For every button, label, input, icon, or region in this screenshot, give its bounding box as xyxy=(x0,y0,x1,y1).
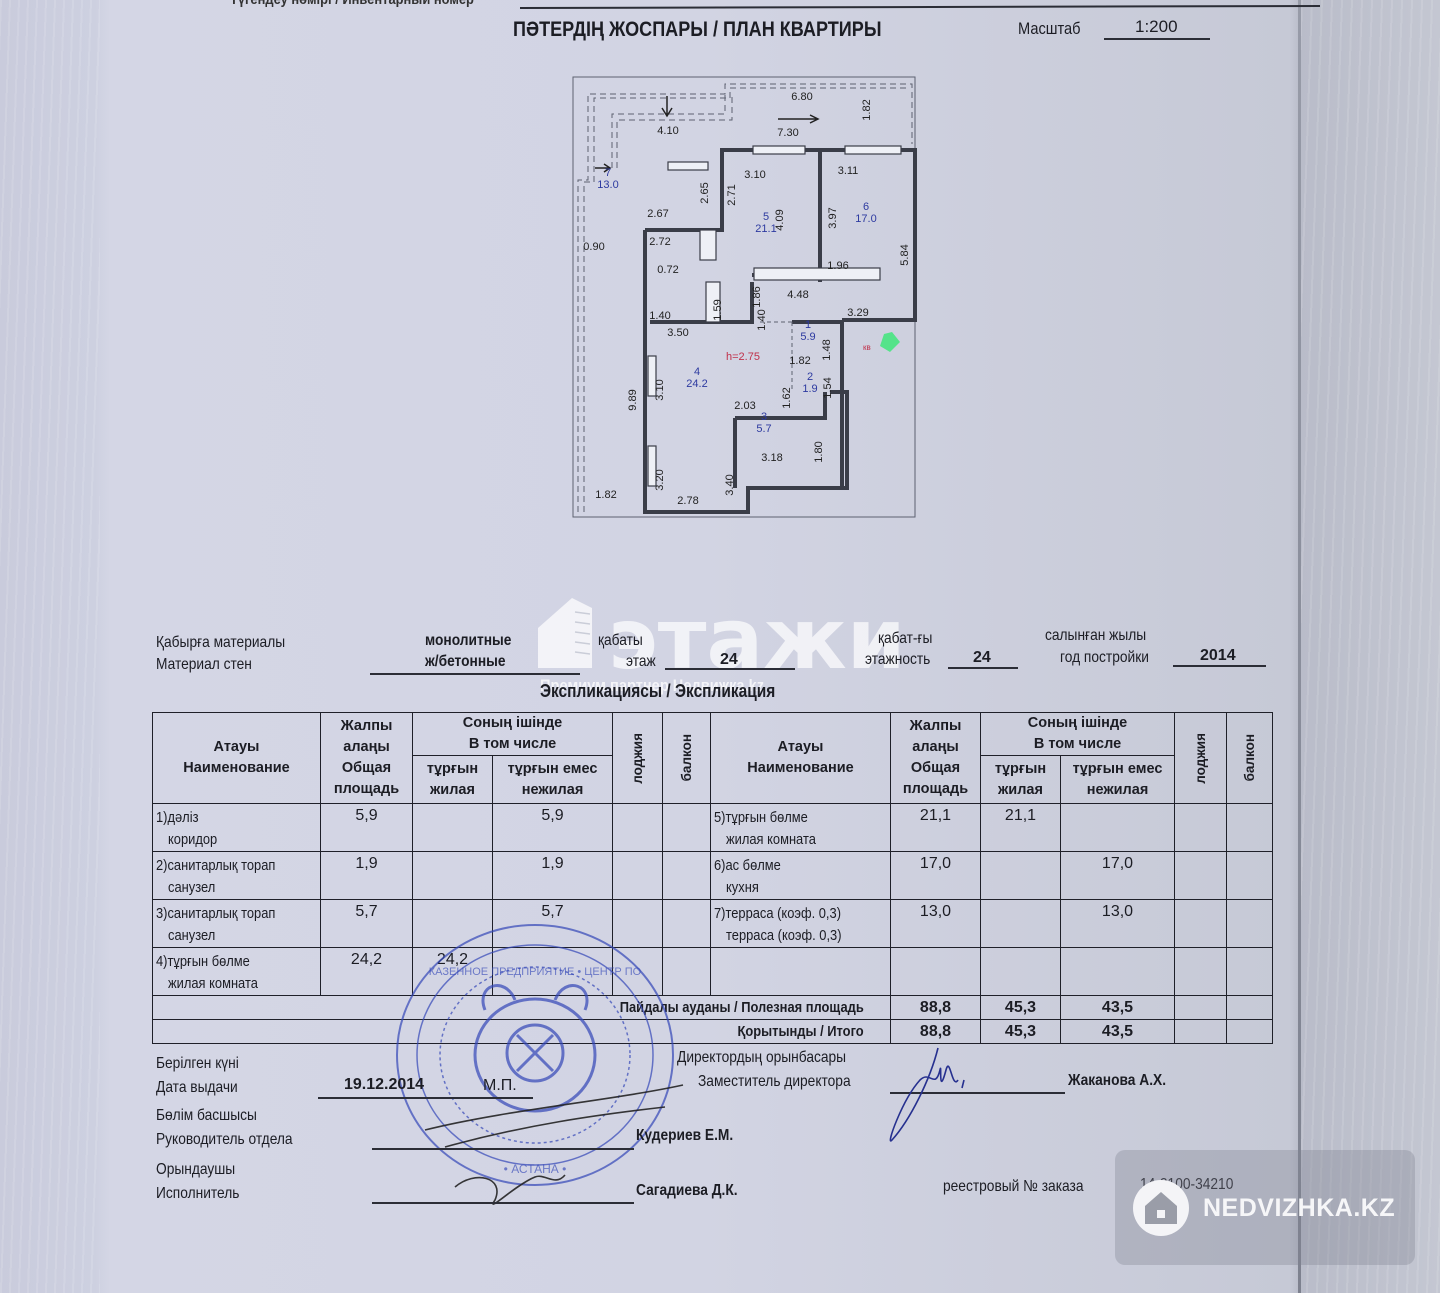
room-living-area xyxy=(413,852,493,900)
useful-area-nonliving: 43,5 xyxy=(1061,996,1175,1020)
room-living-area xyxy=(413,900,493,948)
entrance-label: кв xyxy=(863,343,871,352)
svg-text:1.40: 1.40 xyxy=(756,309,768,330)
dept-head-kz-label: Бөлім басшысы xyxy=(156,1107,273,1125)
scale-underline xyxy=(1104,38,1210,40)
room-nonliving-area: 5,9 xyxy=(493,804,613,852)
grand-total-label: Қорытынды / Итого xyxy=(153,1020,891,1044)
svg-text:4.48: 4.48 xyxy=(787,289,808,301)
deputy-kz-label: Директордың орынбасары xyxy=(677,1049,874,1067)
header-name: АтауыНаименование xyxy=(153,713,321,804)
room-balcony xyxy=(663,852,711,900)
explication-table: АтауыНаименование ЖалпыалаңыОбщаяплощадь… xyxy=(152,712,1273,1044)
executor-underline xyxy=(372,1202,634,1204)
svg-text:13.0: 13.0 xyxy=(597,179,618,191)
svg-text:1.82: 1.82 xyxy=(789,355,810,367)
executor-ru-label: Исполнитель xyxy=(156,1185,253,1203)
deputy-signature xyxy=(880,1040,1000,1150)
dept-head-name: Кудериев Е.М. xyxy=(636,1127,749,1145)
registry-label: реестровый № заказа xyxy=(943,1178,1106,1196)
room-name: 6)ас бөлмекухня xyxy=(711,852,891,900)
room-living-area xyxy=(413,804,493,852)
header-balcony: балкон xyxy=(663,713,711,804)
header-loggia-right: лоджия xyxy=(1175,713,1227,804)
svg-text:1.62: 1.62 xyxy=(781,387,793,408)
svg-text:2.72: 2.72 xyxy=(649,236,670,248)
room-nonliving-area: 17,0 xyxy=(1061,852,1175,900)
seal-place-label: М.П. xyxy=(483,1077,517,1095)
svg-text:1.48: 1.48 xyxy=(821,339,833,360)
table-row: 1)дәлізкоридор 5,9 5,9 5)тұрғын бөлмежил… xyxy=(153,804,1273,852)
svg-text:3.10: 3.10 xyxy=(654,379,666,400)
room-loggia xyxy=(1175,852,1227,900)
room-name xyxy=(711,948,891,996)
grand-total-nonliving: 43,5 xyxy=(1061,1020,1175,1044)
room-total-area: 21,1 xyxy=(891,804,981,852)
ceiling-height: h=2.75 xyxy=(726,351,760,363)
room-loggia xyxy=(613,852,663,900)
svg-text:этажи: этажи xyxy=(608,590,906,688)
room-total-area: 13,0 xyxy=(891,900,981,948)
background-surface xyxy=(1301,0,1440,1293)
room-balcony xyxy=(663,804,711,852)
room-total-area: 5,9 xyxy=(321,804,413,852)
wall-material-value-2: ж/бетонные xyxy=(425,653,519,671)
issue-date-underline xyxy=(318,1097,533,1099)
floors-total-underline xyxy=(948,667,1018,669)
room-total-area: 5,7 xyxy=(321,900,413,948)
room-living-area xyxy=(981,900,1061,948)
header-including-right: Соның ішіндеВ том числе xyxy=(981,713,1175,756)
room-nonliving-area xyxy=(1061,948,1175,996)
executor-kz-label: Орындаушы xyxy=(156,1161,248,1179)
floor-plan: 6.801.824.107.303.103.112.652.714.093.97… xyxy=(570,70,930,525)
header-nonliving-right: тұрғын емеснежилая xyxy=(1061,756,1175,804)
floor-underline xyxy=(665,668,795,670)
room-nonliving-area xyxy=(1061,804,1175,852)
header-name-right: АтауыНаименование xyxy=(711,713,891,804)
room-loggia xyxy=(613,804,663,852)
room-total-area xyxy=(891,948,981,996)
header-total-area: ЖалпыалаңыОбщаяплощадь xyxy=(321,713,413,804)
svg-text:2.78: 2.78 xyxy=(677,495,698,507)
floor-value: 24 xyxy=(720,651,738,669)
svg-text:1.86: 1.86 xyxy=(751,286,763,307)
room-balcony xyxy=(1227,900,1273,948)
svg-text:4: 4 xyxy=(694,366,700,378)
inventory-number-label: Түгендеу нөмірі / Инвентарный номер xyxy=(230,0,514,8)
svg-text:1.54: 1.54 xyxy=(822,377,834,398)
floors-total-kz-label: қабат-ғы xyxy=(878,630,941,648)
svg-text:7: 7 xyxy=(605,167,611,179)
svg-text:3: 3 xyxy=(761,411,767,423)
table-header-row: АтауыНаименование ЖалпыалаңыОбщаяплощадь… xyxy=(153,713,1273,756)
year-ru-label: год постройки xyxy=(1060,649,1163,667)
empty-cell xyxy=(1227,996,1273,1020)
nedvizhka-brand: NEDVIZHKA.KZ xyxy=(1203,1194,1395,1223)
room-total-area: 24,2 xyxy=(321,948,413,996)
svg-text:3.29: 3.29 xyxy=(847,307,868,319)
room-living-area: 21,1 xyxy=(981,804,1061,852)
year-kz-label: салынған жылы xyxy=(1045,627,1163,645)
room-balcony xyxy=(663,900,711,948)
room-total-area: 17,0 xyxy=(891,852,981,900)
svg-text:3.40: 3.40 xyxy=(724,474,736,495)
svg-text:• АСТАНА •: • АСТАНА • xyxy=(504,1162,567,1176)
inventory-number-line xyxy=(520,5,1320,9)
room-nonliving-area: 5,7 xyxy=(493,900,613,948)
room-balcony xyxy=(1227,948,1273,996)
svg-text:3.10: 3.10 xyxy=(744,169,765,181)
svg-text:1.82: 1.82 xyxy=(595,489,616,501)
svg-text:17.0: 17.0 xyxy=(855,213,876,225)
room-loggia xyxy=(613,900,663,948)
svg-text:24.2: 24.2 xyxy=(686,378,707,390)
scale-value: 1:200 xyxy=(1135,17,1178,37)
useful-area-total: 88,8 xyxy=(891,996,981,1020)
header-loggia: лоджия xyxy=(613,713,663,804)
svg-text:2.65: 2.65 xyxy=(699,182,711,203)
svg-text:6.80: 6.80 xyxy=(791,91,812,103)
svg-text:4.10: 4.10 xyxy=(657,125,678,137)
room-balcony xyxy=(1227,852,1273,900)
table-row: 4)тұрғын бөлмежилая комната 24,2 24,2 xyxy=(153,948,1273,996)
svg-text:1.9: 1.9 xyxy=(802,383,817,395)
year-value: 2014 xyxy=(1200,647,1236,665)
svg-text:6: 6 xyxy=(863,201,869,213)
etazhi-watermark: этажи xyxy=(530,590,930,690)
svg-text:2.71: 2.71 xyxy=(726,184,738,205)
room-name: 4)тұрғын бөлмежилая комната xyxy=(153,948,321,996)
issue-date-ru-label: Дата выдачи xyxy=(156,1079,251,1097)
svg-text:1.40: 1.40 xyxy=(649,310,670,322)
entrance-marker-icon xyxy=(880,332,900,352)
plan-frame xyxy=(573,77,915,517)
wall-material-ru-label: Материал стен xyxy=(156,656,268,674)
svg-text:1.80: 1.80 xyxy=(813,441,825,462)
svg-text:2: 2 xyxy=(807,371,813,383)
issue-date-kz-label: Берілген күні xyxy=(156,1055,252,1073)
svg-text:0.90: 0.90 xyxy=(583,241,604,253)
svg-text:3.20: 3.20 xyxy=(654,469,666,490)
room-loggia xyxy=(1175,948,1227,996)
deputy-ru-label: Заместитель директора xyxy=(698,1073,875,1091)
grand-total-row: Қорытынды / Итого 88,8 45,3 43,5 xyxy=(153,1020,1273,1044)
svg-text:5: 5 xyxy=(763,211,769,223)
wood-background xyxy=(0,0,100,1293)
empty-cell xyxy=(1175,1020,1227,1044)
empty-cell xyxy=(1227,1020,1273,1044)
dept-head-ru-label: Руководитель отдела xyxy=(156,1131,315,1149)
header-including: Соның ішіндеВ том числе xyxy=(413,713,613,756)
header-living: тұрғынжилая xyxy=(413,756,493,804)
scale-label: Масштаб xyxy=(1018,19,1091,39)
room-name: 1)дәлізкоридор xyxy=(153,804,321,852)
table-row: 2)санитарлық торапсанузел 1,9 1,9 6)ас б… xyxy=(153,852,1273,900)
floor-ru-label: этаж xyxy=(626,653,661,671)
svg-text:1.82: 1.82 xyxy=(861,99,873,120)
room-living-area xyxy=(981,852,1061,900)
svg-text:3.97: 3.97 xyxy=(827,207,839,228)
room-name: 5)тұрғын бөлмежилая комната xyxy=(711,804,891,852)
svg-text:5.84: 5.84 xyxy=(899,244,911,265)
room-total-area: 1,9 xyxy=(321,852,413,900)
svg-text:3.11: 3.11 xyxy=(838,165,859,177)
deputy-name: Жаканова А.Х. xyxy=(1068,1072,1182,1090)
floors-total-value: 24 xyxy=(973,649,991,667)
wall-material-underline xyxy=(370,673,580,675)
room-name: 3)санитарлық торапсанузел xyxy=(153,900,321,948)
room-living-area xyxy=(981,948,1061,996)
header-total-area-right: ЖалпыалаңыОбщаяплощадь xyxy=(891,713,981,804)
svg-text:2.67: 2.67 xyxy=(647,208,668,220)
room-loggia xyxy=(613,948,663,996)
svg-text:3.50: 3.50 xyxy=(667,327,688,339)
room-nonliving-area xyxy=(493,948,613,996)
svg-text:5.7: 5.7 xyxy=(756,423,771,435)
house-icon xyxy=(1133,1180,1189,1236)
room-name: 7)терраса (коэф. 0,3)терраса (коэф. 0,3) xyxy=(711,900,891,948)
room-nonliving-area: 13,0 xyxy=(1061,900,1175,948)
wall-material-kz-label: Қабырға материалы xyxy=(156,634,306,652)
page-title: ПӘТЕРДІҢ ЖОСПАРЫ / ПЛАН КВАРТИРЫ xyxy=(513,18,942,42)
useful-area-living: 45,3 xyxy=(981,996,1061,1020)
table-row: 3)санитарлық торапсанузел 5,7 5,7 7)терр… xyxy=(153,900,1273,948)
room-nonliving-area: 1,9 xyxy=(493,852,613,900)
useful-area-row: Пайдалы ауданы / Полезная площадь 88,8 4… xyxy=(153,996,1273,1020)
svg-text:5.9: 5.9 xyxy=(800,331,815,343)
room-loggia xyxy=(1175,804,1227,852)
floors-total-ru-label: этажность xyxy=(865,651,941,669)
issue-date-value: 19.12.2014 xyxy=(344,1076,424,1094)
header-living-right: тұрғынжилая xyxy=(981,756,1061,804)
executor-name: Сагадиева Д.К. xyxy=(636,1182,754,1200)
svg-text:1.59: 1.59 xyxy=(712,299,724,320)
svg-text:0.72: 0.72 xyxy=(657,264,678,276)
svg-text:2.03: 2.03 xyxy=(734,400,755,412)
room-balcony xyxy=(663,948,711,996)
empty-cell xyxy=(1175,996,1227,1020)
svg-text:9.89: 9.89 xyxy=(627,389,639,410)
svg-text:1.96: 1.96 xyxy=(827,260,848,272)
wall-material-value-1: монолитные xyxy=(425,632,526,650)
room-loggia xyxy=(1175,900,1227,948)
room-balcony xyxy=(1227,804,1273,852)
useful-area-label: Пайдалы ауданы / Полезная площадь xyxy=(153,996,891,1020)
svg-text:21.1: 21.1 xyxy=(755,223,776,235)
room-living-area: 24,2 xyxy=(413,948,493,996)
header-nonliving: тұрғын емеснежилая xyxy=(493,756,613,804)
floor-kz-label: қабаты xyxy=(598,632,650,650)
svg-text:1: 1 xyxy=(805,319,811,331)
svg-text:7.30: 7.30 xyxy=(777,127,798,139)
year-underline xyxy=(1173,665,1266,667)
svg-text:3.18: 3.18 xyxy=(761,452,782,464)
header-balcony-right: балкон xyxy=(1227,713,1273,804)
room-name: 2)санитарлық торапсанузел xyxy=(153,852,321,900)
explication-title: Экспликациясы / Экспликация xyxy=(540,681,814,702)
dept-head-underline xyxy=(372,1148,634,1150)
